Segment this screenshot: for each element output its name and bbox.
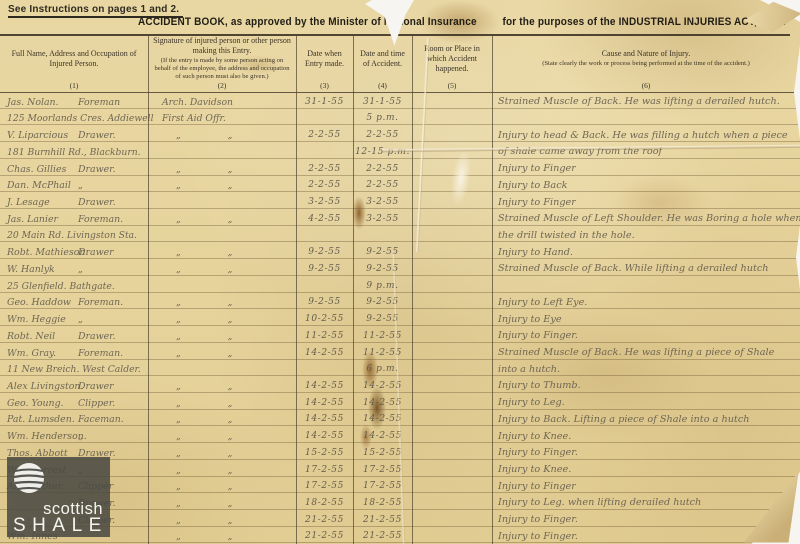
header-cell: Full Name, Address and Occupation of Inj… <box>0 36 148 92</box>
cell-signature: „ „ <box>148 393 296 409</box>
table-row: W. Hanlyk„„ „9-2-559-2-55Strained Muscle… <box>0 259 800 276</box>
cell-entry-date: 9-2-55 <box>296 259 353 275</box>
cell-name: Dan. McPhail„ <box>0 176 148 192</box>
signature: „ „ <box>148 448 232 459</box>
column-number: (5) <box>412 81 492 90</box>
cell-accident-date: 15-2-55 <box>353 443 412 459</box>
cell-cause: Strained Muscle of Back. He was lifting … <box>492 343 774 359</box>
cell-name: W. Hanlyk„ <box>0 259 148 275</box>
cell-entry-date: 14-2-55 <box>296 343 353 359</box>
cell-cause: Injury to Finger. <box>492 510 578 526</box>
cell-place <box>412 493 492 509</box>
cause-of-injury: Injury to Back <box>492 180 568 192</box>
cause-of-injury: of shale came away from the roof <box>492 146 662 158</box>
table-row: Alex Livingston.Drawer„ „14-2-5514-2-55I… <box>0 376 800 393</box>
table-row: Jas. LanierForeman.„ „4-2-553-2-55Strain… <box>0 209 800 226</box>
accident-date: 9-2-55 <box>366 264 399 275</box>
cell-place <box>412 360 492 376</box>
accident-date: 21-2-55 <box>363 531 402 542</box>
cell-place <box>412 393 492 409</box>
table-row: Geo. HaddowForeman.„ „9-2-559-2-55Injury… <box>0 293 800 310</box>
cell-entry-date: 15-2-55 <box>296 443 353 459</box>
cause-of-injury: into a hutch. <box>492 364 560 376</box>
cell-place <box>412 326 492 342</box>
cell-entry-date: 9-2-55 <box>296 242 353 258</box>
cell-signature: „ „ <box>148 309 296 325</box>
entry-date: 9-2-55 <box>308 297 341 308</box>
accident-date: 9-2-55 <box>366 314 399 325</box>
cell-cause: Injury to head & Back. He was filling a … <box>492 125 788 141</box>
cell-signature <box>148 276 296 292</box>
cell-accident-date: 9-2-55 <box>353 293 412 309</box>
occupation: „ <box>78 264 83 275</box>
entry-date: 31-1-55 <box>305 97 344 108</box>
column-number: (2) <box>148 81 296 90</box>
accident-date: 5 p.m. <box>366 113 398 124</box>
table-row: Pat. Lumsden.Faceman.„ „14-2-5514-2-55In… <box>0 410 800 427</box>
cell-name: Robt. NeilDrawer. <box>0 326 148 342</box>
injured-person-name: V. Liparcious <box>0 130 68 141</box>
cell-accident-date: 6 p.m. <box>353 360 412 376</box>
cell-cause: Injury to Left Eye. <box>492 293 587 309</box>
entry-date: 3-2-55 <box>308 197 341 208</box>
cell-signature: „ „ <box>148 510 296 526</box>
entry-date: 14-2-55 <box>305 381 344 392</box>
cell-entry-date: 4-2-55 <box>296 209 353 225</box>
injured-person-name: Dan. McPhail <box>0 180 71 191</box>
column-number: (3) <box>296 81 353 90</box>
cell-place <box>412 410 492 426</box>
cell-accident-date: 2-2-55 <box>353 125 412 141</box>
cell-place <box>412 142 492 158</box>
cell-accident-date: 18-2-55 <box>353 493 412 509</box>
cell-place <box>412 293 492 309</box>
cell-cause: Strained Muscle of Back. He was lifting … <box>492 92 780 108</box>
accident-date: 11-2-55 <box>363 331 402 342</box>
cell-place <box>412 460 492 476</box>
injured-person-name: Geo. Young. <box>0 398 64 409</box>
signature: „ „ <box>148 164 232 175</box>
cause-of-injury: Injury to Finger <box>492 163 576 175</box>
cell-entry-date: 9-2-55 <box>296 293 353 309</box>
cell-place <box>412 426 492 442</box>
cell-entry-date: 10-2-55 <box>296 309 353 325</box>
cell-signature: Arch. Davidson <box>148 92 296 108</box>
cause-of-injury: Injury to Leg. when lifting derailed hut… <box>492 497 701 509</box>
cell-signature: „ „ <box>148 159 296 175</box>
cause-of-injury: the drill twisted in the hole. <box>492 230 635 242</box>
occupation: Clipper. <box>78 398 115 409</box>
cell-name: Jas. Nolan.Foreman <box>0 92 148 108</box>
signature: „ „ <box>148 398 232 409</box>
signature: „ „ <box>148 465 232 476</box>
cause-of-injury: Injury to Hand. <box>492 247 573 259</box>
cell-cause: of shale came away from the roof <box>492 142 662 158</box>
column-line <box>148 36 149 544</box>
cell-signature: „ „ <box>148 493 296 509</box>
entry-date: 18-2-55 <box>305 498 344 509</box>
table-row: Chas. GilliesDrawer.„ „2-2-552-2-55Injur… <box>0 159 800 176</box>
occupation: Foreman. <box>78 348 123 359</box>
cell-cause: Strained Muscle of Back. While lifting a… <box>492 259 769 275</box>
cell-place <box>412 192 492 208</box>
cell-cause: Injury to Back <box>492 176 568 192</box>
header-cell: Date when Entry made.(3) <box>296 36 353 92</box>
occupation: Drawer. <box>78 331 116 342</box>
cell-cause: Injury to Finger. <box>492 443 578 459</box>
cell-place <box>412 226 492 242</box>
cell-entry-date: 21-2-55 <box>296 527 353 543</box>
cell-cause: Injury to Leg. <box>492 393 565 409</box>
entry-date: 2-2-55 <box>308 130 341 141</box>
entry-date: 17-2-55 <box>305 465 344 476</box>
column-number: (4) <box>353 81 412 90</box>
cell-entry-date: 17-2-55 <box>296 460 353 476</box>
cell-signature: „ „ <box>148 293 296 309</box>
cell-entry-date: 31-1-55 <box>296 92 353 108</box>
accident-date: 3-2-55 <box>366 197 399 208</box>
cell-entry-date: 14-2-55 <box>296 410 353 426</box>
title-left: ACCIDENT BOOK, as approved by the Minist… <box>138 16 477 28</box>
globe-icon <box>11 460 47 496</box>
cell-place <box>412 125 492 141</box>
entries: Jas. Nolan.ForemanArch. Davidson31-1-553… <box>0 92 800 543</box>
table-row: 181 Burnhill Rd., Blackburn.12-15 p.m.of… <box>0 142 800 159</box>
cell-accident-date: 9-2-55 <box>353 242 412 258</box>
signature: „ „ <box>148 264 232 275</box>
column-label: Cause and Nature of Injury. <box>602 49 691 59</box>
injured-person-name: Jas. Nolan. <box>0 97 59 108</box>
injured-person-name: Wm. Henderson. <box>0 431 87 442</box>
entry-date: 4-2-55 <box>308 214 341 225</box>
cell-entry-date: 18-2-55 <box>296 493 353 509</box>
cell-entry-date <box>296 109 353 125</box>
cell-cause: Injury to Back. Lifting a piece of Shale… <box>492 410 750 426</box>
cell-accident-date <box>353 226 412 242</box>
cause-of-injury: Injury to Finger <box>492 481 576 493</box>
cause-of-injury: Strained Muscle of Left Shoulder. He was… <box>492 213 800 225</box>
cell-accident-date: 11-2-55 <box>353 326 412 342</box>
column-line <box>353 36 354 544</box>
cell-name: 25 Glenfield. Bathgate. <box>0 276 148 292</box>
cell-signature: „ „ <box>148 376 296 392</box>
cell-cause: Injury to Knee. <box>492 460 571 476</box>
cell-cause: Injury to Finger <box>492 192 576 208</box>
cell-signature: „ „ <box>148 460 296 476</box>
table-row: Wm. Gray.Foreman.„ „14-2-5511-2-55Strain… <box>0 343 800 360</box>
cell-place <box>412 527 492 543</box>
cell-cause: Injury to Finger. <box>492 527 578 543</box>
cause-of-injury: Strained Muscle of Back. He was lifting … <box>492 96 780 108</box>
cell-entry-date: 14-2-55 <box>296 393 353 409</box>
cause-of-injury: Strained Muscle of Back. He was lifting … <box>492 347 774 359</box>
header-cell: Date and time of Accident.(4) <box>353 36 412 92</box>
cell-signature: „ „ <box>148 176 296 192</box>
cell-name: 11 New Breich. West Calder. <box>0 360 148 376</box>
cell-signature: „ „ <box>148 343 296 359</box>
column-label: Room or Place in which Accident happened… <box>416 44 488 74</box>
cell-accident-date: 21-2-55 <box>353 510 412 526</box>
cell-cause: Injury to Finger <box>492 477 576 493</box>
accident-date: 9-2-55 <box>366 297 399 308</box>
signature: Arch. Davidson <box>148 97 233 108</box>
cell-accident-date: 3-2-55 <box>353 209 412 225</box>
table-row: 20 Main Rd. Livingston Sta.the drill twi… <box>0 226 800 243</box>
occupation: Foreman. <box>78 214 123 225</box>
table-row: Alex Arthur.Clipper„ „17-2-5517-2-55Inju… <box>0 477 800 494</box>
signature: „ „ <box>148 498 232 509</box>
accident-date: 3-2-55 <box>366 214 399 225</box>
cause-of-injury: Injury to Finger. <box>492 330 578 342</box>
header-cell: Signature of injured person or other per… <box>148 36 296 92</box>
occupation: Drawer <box>78 381 114 392</box>
entry-date: 2-2-55 <box>308 180 341 191</box>
cell-place <box>412 176 492 192</box>
cause-of-injury: Injury to head & Back. He was filling a … <box>492 130 788 142</box>
cell-cause: Injury to Eye <box>492 309 562 325</box>
column-number: (1) <box>0 81 148 90</box>
occupation: Foreman <box>78 97 120 108</box>
cell-signature <box>148 360 296 376</box>
table-row: J. LesageDrawer.3-2-553-2-55Injury to Fi… <box>0 192 800 209</box>
accident-date: 2-2-55 <box>366 180 399 191</box>
page-title: ACCIDENT BOOK, as approved by the Minist… <box>138 16 786 28</box>
injured-person-name: Alex Livingston. <box>0 381 83 392</box>
accident-date: 9 p.m. <box>366 281 398 292</box>
cell-place <box>412 209 492 225</box>
entry-date: 21-2-55 <box>305 515 344 526</box>
cause-of-injury: Injury to Knee. <box>492 431 571 443</box>
cell-place <box>412 159 492 175</box>
cell-entry-date: 3-2-55 <box>296 192 353 208</box>
column-label: Date and time of Accident. <box>357 49 408 69</box>
cell-entry-date: 11-2-55 <box>296 326 353 342</box>
cell-place <box>412 276 492 292</box>
accident-date: 18-2-55 <box>363 498 402 509</box>
cell-name: Wm. Heggie„ <box>0 309 148 325</box>
cell-accident-date: 5 p.m. <box>353 109 412 125</box>
cell-name: J. LesageDrawer. <box>0 192 148 208</box>
cell-entry-date <box>296 276 353 292</box>
entry-date: 11-2-55 <box>305 331 344 342</box>
accident-date: 6 p.m. <box>366 364 398 375</box>
cell-cause: Injury to Finger <box>492 159 576 175</box>
cell-place <box>412 510 492 526</box>
cell-name: Wm. Gray.Foreman. <box>0 343 148 359</box>
cause-of-injury: Injury to Finger. <box>492 531 578 543</box>
header-cell: Room or Place in which Accident happened… <box>412 36 492 92</box>
accident-date: 2-2-55 <box>366 130 399 141</box>
injured-person-name: Pat. Lumsden. <box>0 414 75 425</box>
cause-of-injury: Injury to Finger. <box>492 447 578 459</box>
table-row: Wm. Forrest„„ „17-2-5517-2-55Injury to K… <box>0 460 800 477</box>
signature: „ „ <box>148 297 232 308</box>
column-number: (6) <box>492 81 800 90</box>
injured-person-name: 25 Glenfield. Bathgate. <box>0 281 115 292</box>
entry-date: 9-2-55 <box>308 247 341 258</box>
injured-person-name: Robt. Neil <box>0 331 55 342</box>
cell-place <box>412 242 492 258</box>
cell-accident-date: 14-2-55 <box>353 393 412 409</box>
occupation: Drawer. <box>78 197 116 208</box>
accident-date: 14-2-55 <box>363 398 402 409</box>
cell-place <box>412 343 492 359</box>
accident-date: 14-2-55 <box>363 431 402 442</box>
injured-person-name: Wm. Heggie <box>0 314 66 325</box>
cell-cause: Injury to Knee. <box>492 426 571 442</box>
cell-entry-date: 17-2-55 <box>296 477 353 493</box>
cell-signature: „ „ <box>148 209 296 225</box>
injured-person-name: Wm. Gray. <box>0 348 56 359</box>
signature: „ „ <box>148 515 232 526</box>
cell-accident-date: 3-2-55 <box>353 192 412 208</box>
scottish-shale-watermark: scottish SHALE <box>7 457 110 537</box>
cell-place <box>412 376 492 392</box>
cell-name: 20 Main Rd. Livingston Sta. <box>0 226 148 242</box>
table-row: Geo. Young.Clipper.„ „14-2-5514-2-55Inju… <box>0 393 800 410</box>
cell-entry-date: 2-2-55 <box>296 125 353 141</box>
table-row: 125 Moorlands Cres. AddiewellFirst Aid O… <box>0 109 800 126</box>
table-row: V. LiparciousDrawer.„ „2-2-552-2-55Injur… <box>0 125 800 142</box>
injured-person-name: Geo. Haddow <box>0 297 71 308</box>
entry-date: 14-2-55 <box>305 398 344 409</box>
table-row: Dan. McPhail„„ „2-2-552-2-55Injury to Ba… <box>0 176 800 193</box>
accident-date: 15-2-55 <box>363 448 402 459</box>
cell-signature: „ „ <box>148 426 296 442</box>
table-row: Robt. Mathieson.Drawer„ „9-2-559-2-55Inj… <box>0 242 800 259</box>
table-row: Thos. AbbottDrawer.„ „15-2-5515-2-55Inju… <box>0 443 800 460</box>
cell-name: 181 Burnhill Rd., Blackburn. <box>0 142 148 158</box>
occupation: Foreman. <box>78 297 123 308</box>
cell-name: Robt. Mathieson.Drawer <box>0 242 148 258</box>
entry-date: 14-2-55 <box>305 431 344 442</box>
injured-person-name: 181 Burnhill Rd., Blackburn. <box>0 147 141 158</box>
cell-accident-date: 9-2-55 <box>353 259 412 275</box>
cell-entry-date: 2-2-55 <box>296 159 353 175</box>
accident-date: 14-2-55 <box>363 381 402 392</box>
cell-signature: „ „ <box>148 410 296 426</box>
cause-of-injury: Injury to Left Eye. <box>492 297 587 309</box>
entry-date: 15-2-55 <box>305 448 344 459</box>
watermark-text-shale: SHALE <box>13 515 108 537</box>
cell-signature: „ „ <box>148 443 296 459</box>
accident-date: 21-2-55 <box>363 515 402 526</box>
column-line <box>412 36 413 544</box>
occupation: Drawer. <box>78 164 116 175</box>
injured-person-name: Chas. Gillies <box>0 164 66 175</box>
injured-person-name: 11 New Breich. West Calder. <box>0 364 141 375</box>
entry-date: 17-2-55 <box>305 481 344 492</box>
cell-accident-date: 17-2-55 <box>353 460 412 476</box>
cell-signature: „ „ <box>148 125 296 141</box>
cell-name: Wm. Henderson.„ <box>0 426 148 442</box>
signature: „ „ <box>148 130 232 141</box>
cell-place <box>412 109 492 125</box>
cell-cause: Injury to Finger. <box>492 326 578 342</box>
injured-person-name: J. Lesage <box>0 197 50 208</box>
cell-accident-date: 14-2-55 <box>353 426 412 442</box>
cell-signature: „ „ <box>148 477 296 493</box>
cell-accident-date: 9-2-55 <box>353 309 412 325</box>
cell-signature: „ „ <box>148 326 296 342</box>
occupation: Faceman. <box>78 414 124 425</box>
cell-signature: „ „ <box>148 259 296 275</box>
occupation: Drawer. <box>78 130 116 141</box>
cell-place <box>412 92 492 108</box>
cell-entry-date: 2-2-55 <box>296 176 353 192</box>
column-label: Full Name, Address and Occupation of Inj… <box>4 49 144 69</box>
table-row: Wm. Heggie„„ „10-2-559-2-55Injury to Eye <box>0 309 800 326</box>
cell-accident-date: 11-2-55 <box>353 343 412 359</box>
column-label: Signature of injured person or other per… <box>152 36 292 56</box>
injured-person-name: Jas. Lanier <box>0 214 58 225</box>
injured-person-name: Robt. Mathieson. <box>0 247 88 258</box>
signature: „ „ <box>148 531 232 542</box>
signature: „ „ <box>148 381 232 392</box>
cell-signature <box>148 192 296 208</box>
cell-entry-date: 14-2-55 <box>296 376 353 392</box>
cell-cause: into a hutch. <box>492 360 560 376</box>
cell-name: Geo. HaddowForeman. <box>0 293 148 309</box>
cell-signature <box>148 142 296 158</box>
cell-name: 125 Moorlands Cres. Addiewell <box>0 109 148 125</box>
column-label: Date when Entry made. <box>300 49 349 69</box>
cell-accident-date: 14-2-55 <box>353 410 412 426</box>
cause-of-injury: Injury to Back. Lifting a piece of Shale… <box>492 414 750 426</box>
table-row: Drawer.„ „18-2-5518-2-55Injury to Leg. w… <box>0 493 800 510</box>
cell-name: Chas. GilliesDrawer. <box>0 159 148 175</box>
cell-name: Geo. Young.Clipper. <box>0 393 148 409</box>
signature: „ „ <box>148 214 232 225</box>
signature: „ „ <box>148 314 232 325</box>
column-line <box>296 36 297 544</box>
cell-signature: First Aid Offr. <box>148 109 296 125</box>
occupation: „ <box>78 180 83 191</box>
cell-signature: „ „ <box>148 242 296 258</box>
cell-name: Pat. Lumsden.Faceman. <box>0 410 148 426</box>
table-row: Wm. Henderson.„„ „14-2-5514-2-55Injury t… <box>0 426 800 443</box>
title-right: for the purposes of the INDUSTRIAL INJUR… <box>502 16 785 28</box>
accident-date: 11-2-55 <box>363 348 402 359</box>
cell-name: V. LiparciousDrawer. <box>0 125 148 141</box>
cell-signature <box>148 226 296 242</box>
accident-date: 9-2-55 <box>366 247 399 258</box>
cause-of-injury: Injury to Eye <box>492 314 562 326</box>
signature: „ „ <box>148 247 232 258</box>
cell-cause: Injury to Thumb. <box>492 376 581 392</box>
occupation: „ <box>78 314 83 325</box>
column-note: (State clearly the work or process being… <box>542 60 750 68</box>
accident-date: 12-15 p.m. <box>355 147 410 158</box>
entry-date: 14-2-55 <box>305 414 344 425</box>
entry-date: 10-2-55 <box>305 314 344 325</box>
cell-place <box>412 477 492 493</box>
cell-accident-date: 31-1-55 <box>353 92 412 108</box>
entry-date: 21-2-55 <box>305 531 344 542</box>
occupation: Drawer <box>78 247 114 258</box>
cell-entry-date: 21-2-55 <box>296 510 353 526</box>
signature: „ „ <box>148 348 232 359</box>
injured-person-name: W. Hanlyk <box>0 264 55 275</box>
cell-place <box>412 309 492 325</box>
cause-of-injury: Injury to Thumb. <box>492 380 581 392</box>
signature: „ „ <box>148 481 232 492</box>
table-header: Full Name, Address and Occupation of Inj… <box>0 36 800 92</box>
signature: First Aid Offr. <box>148 113 226 124</box>
injured-person-name: 20 Main Rd. Livingston Sta. <box>0 230 137 241</box>
accident-date: 14-2-55 <box>363 414 402 425</box>
accident-date: 17-2-55 <box>363 465 402 476</box>
